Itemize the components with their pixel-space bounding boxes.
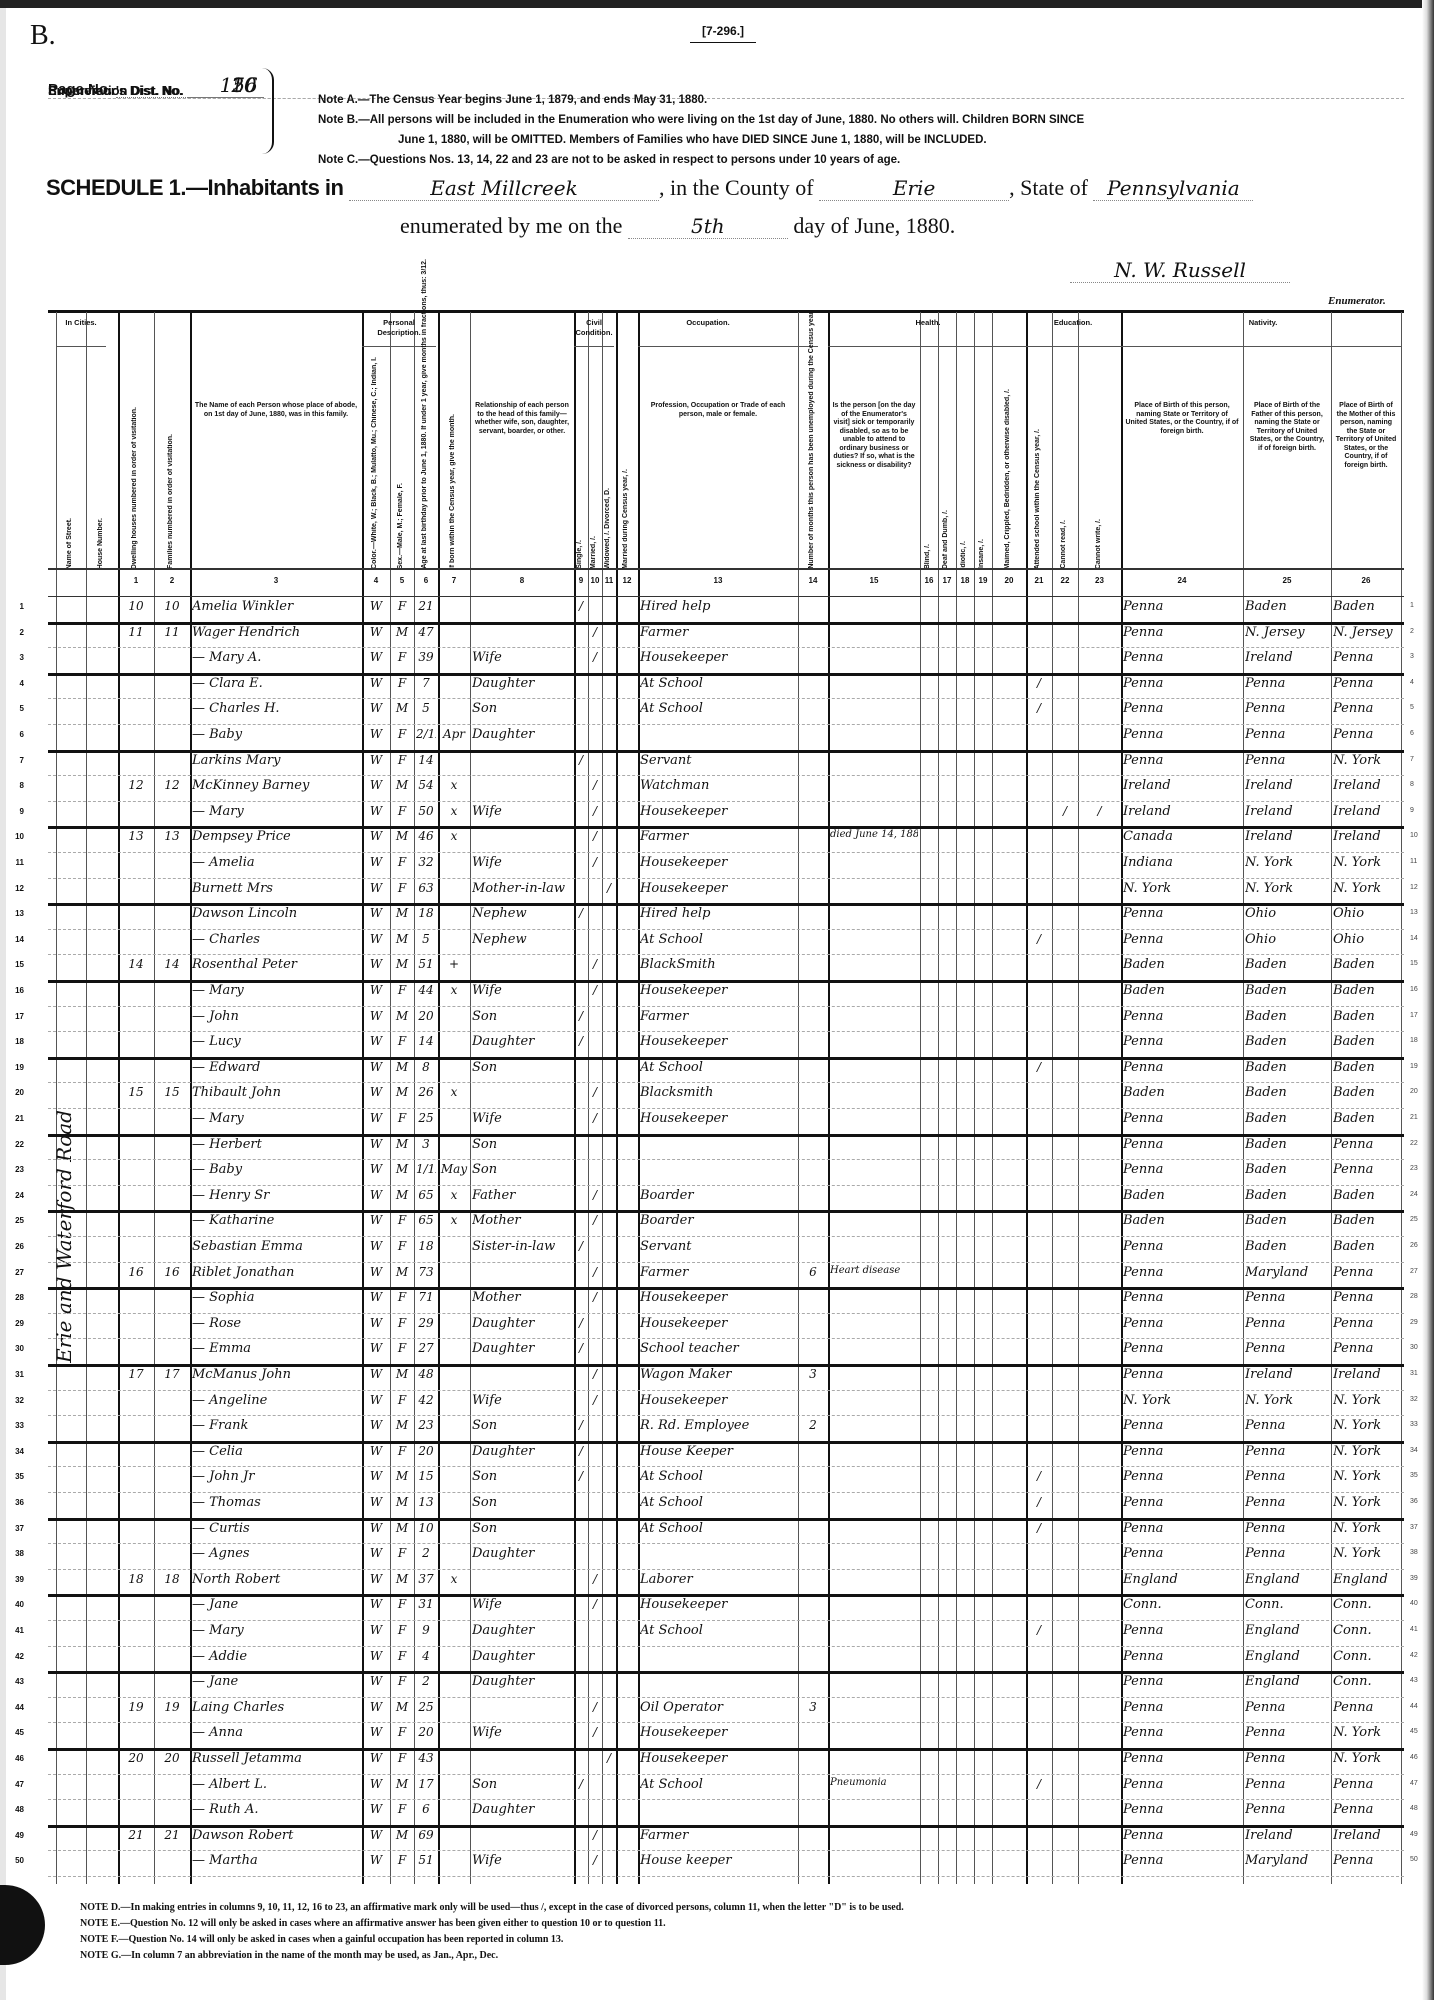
cell-fam: 14 [156, 957, 188, 971]
state-value: Pennsylvania [1093, 176, 1253, 201]
row-number: 39 [4, 1575, 24, 1584]
cell-bp: Penna [1123, 1137, 1241, 1152]
cell-bp: Penna [1123, 1239, 1241, 1254]
cell-occ: Housekeeper [640, 1597, 796, 1612]
cell-sex: F [392, 1751, 412, 1765]
cell-name: North Robert [192, 1572, 360, 1587]
cell-rel: Daughter [472, 1341, 572, 1356]
row-number-right: 2 [1410, 628, 1414, 635]
column-number: 5 [390, 576, 414, 585]
cell-sex: F [392, 983, 412, 997]
cell-sex: M [392, 1828, 412, 1842]
cell-mbp: Ireland [1333, 1367, 1399, 1382]
cell-fbp: Penna [1245, 1418, 1329, 1433]
cell-occ: Housekeeper [640, 881, 796, 896]
row-number-right: 13 [1410, 909, 1418, 916]
cell-name: Amelia Winkler [192, 599, 360, 614]
row-number: 31 [4, 1370, 24, 1379]
cell-fam: 20 [156, 1751, 188, 1765]
cell-mbp: Penna [1333, 676, 1399, 691]
cell-sex: M [392, 1367, 412, 1381]
cell-mbp: Penna [1333, 650, 1399, 665]
cell-month: x [440, 829, 468, 843]
cell-name: — Lucy [192, 1034, 360, 1049]
cell-mbp: Penna [1333, 1137, 1399, 1152]
cell-mbp: Penna [1333, 1853, 1399, 1868]
column-number: 19 [974, 576, 992, 585]
cell-age: 63 [416, 881, 436, 895]
cell-sex: M [392, 1085, 412, 1099]
cell-occ: Farmer [640, 829, 796, 844]
cell-color: W [364, 778, 388, 792]
cell-name: McManus John [192, 1367, 360, 1382]
row-number: 36 [4, 1498, 24, 1507]
cell-ill: died June 14, 1880 [830, 829, 918, 840]
cell-bp: Penna [1123, 1367, 1241, 1382]
cell-married: / [590, 804, 600, 818]
cell-sex: M [392, 829, 412, 843]
group-rule [574, 346, 614, 347]
cell-name: — Curtis [192, 1521, 360, 1536]
cell-fbp: Baden [1245, 983, 1329, 998]
cell-color: W [364, 1495, 388, 1509]
column-header-15: Is the person [on the day of the Enumera… [832, 402, 916, 470]
cell-color: W [364, 727, 388, 741]
table-row: 2323— BabyWM1/12MaySonPennaBadenPenna [48, 1159, 1404, 1186]
cell-dw: 12 [120, 778, 152, 792]
cell-bp: Baden [1123, 1213, 1241, 1228]
cell-age: 18 [416, 1239, 436, 1253]
cell-color: W [364, 1060, 388, 1074]
row-number-right: 28 [1410, 1293, 1418, 1300]
cell-bp: Penna [1123, 1802, 1241, 1817]
cell-age: 26 [416, 1085, 436, 1099]
cell-color: W [364, 1700, 388, 1714]
cell-mbp: Penna [1333, 727, 1399, 742]
table-row: 20201515Thibault JohnWM26x/BlacksmithBad… [48, 1082, 1404, 1109]
row-number-right: 47 [1410, 1780, 1418, 1787]
column-header-11: Widowed, /. Divorced, D. [604, 488, 612, 569]
cell-occ: At School [640, 1623, 796, 1638]
cell-sex: F [392, 1597, 412, 1611]
cell-age: 46 [416, 829, 436, 843]
cell-occ: Housekeeper [640, 650, 796, 665]
cell-sex: M [392, 1572, 412, 1586]
cell-color: W [364, 1009, 388, 1023]
cell-fbp: Ireland [1245, 804, 1329, 819]
cell-mbp: N. York [1333, 1751, 1399, 1766]
cell-age: 9 [416, 1623, 436, 1637]
cell-mbp: Ohio [1333, 932, 1399, 947]
cell-school: / [1028, 1495, 1050, 1509]
cell-age: 51 [416, 957, 436, 971]
cell-school: / [1028, 701, 1050, 715]
cell-mbp: N. York [1333, 1469, 1399, 1484]
table-row: 46462020Russell JetammaWF43/HousekeeperP… [48, 1748, 1404, 1775]
cell-fam: 12 [156, 778, 188, 792]
table-row: 1313Dawson LincolnWM18Nephew/Hired helpP… [48, 903, 1404, 930]
cell-rel: Mother [472, 1213, 572, 1228]
table-row: 1212Burnett MrsWF63Mother-in-law/Houseke… [48, 878, 1404, 907]
cell-married: / [590, 650, 600, 664]
row-number-right: 3 [1410, 653, 1414, 660]
cell-color: W [364, 1341, 388, 1355]
table-row: 33— Mary A.WF39Wife/HousekeeperPennaIrel… [48, 647, 1404, 676]
cell-bp: Baden [1123, 1085, 1241, 1100]
column-header-16: Blind, /. [924, 544, 932, 569]
column-number: 11 [602, 576, 616, 585]
cell-fbp: Penna [1245, 1725, 1329, 1740]
group-rule [828, 346, 1026, 347]
row-number: 38 [4, 1549, 24, 1558]
cell-fbp: Penna [1245, 727, 1329, 742]
cell-bp: Baden [1123, 983, 1241, 998]
row-number-right: 38 [1410, 1549, 1418, 1556]
column-number: 8 [470, 576, 574, 585]
column-number: 24 [1121, 576, 1243, 585]
cell-mbp: N. York [1333, 1418, 1399, 1433]
cell-mbp: Conn. [1333, 1623, 1399, 1638]
group-nativity: Nativity. [1128, 318, 1398, 328]
cell-age: 5 [416, 932, 436, 946]
cell-fam: 16 [156, 1265, 188, 1279]
cell-fbp: Penna [1245, 1777, 1329, 1792]
row-number-right: 15 [1410, 960, 1418, 967]
cell-name: — Sophia [192, 1290, 360, 1305]
row-number: 14 [4, 935, 24, 944]
cell-fbp: Baden [1245, 1162, 1329, 1177]
cell-color: W [364, 855, 388, 869]
cell-fbp: Ireland [1245, 829, 1329, 844]
cell-fbp: N. Jersey [1245, 625, 1329, 640]
row-number: 11 [4, 858, 24, 867]
table-row: 3636— ThomasWM13SonAt School/PennaPennaN… [48, 1492, 1404, 1521]
cell-mbp: Baden [1333, 1009, 1399, 1024]
cell-mbp: Penna [1333, 1700, 1399, 1715]
row-number-right: 19 [1410, 1063, 1418, 1070]
row-number-right: 14 [1410, 935, 1418, 942]
cell-rel: Nephew [472, 906, 572, 921]
row-number: 44 [4, 1703, 24, 1712]
cell-rel: Son [472, 1137, 572, 1152]
cell-occ: R. Rd. Employee [640, 1418, 796, 1433]
cell-sex: F [392, 1290, 412, 1304]
column-header-25: Place of Birth of the Father of this per… [1247, 402, 1327, 453]
cell-fbp: England [1245, 1674, 1329, 1689]
column-header-26: Place of Birth of the Mother of this per… [1335, 402, 1397, 470]
cell-age: 25 [416, 1111, 436, 1125]
cell-occ: Wagon Maker [640, 1367, 796, 1382]
cell-color: W [364, 1188, 388, 1202]
cell-mbp: N. York [1333, 1393, 1399, 1408]
cell-bp: N. York [1123, 881, 1241, 896]
cell-single: / [576, 1777, 586, 1791]
state-label: , State of [1009, 175, 1088, 200]
cell-color: W [364, 1367, 388, 1381]
row-number: 46 [4, 1754, 24, 1763]
note-b-cont: June 1, 1880, will be OMITTED. Members o… [318, 130, 1084, 150]
row-number-right: 26 [1410, 1242, 1418, 1249]
cell-bp: Ireland [1123, 778, 1241, 793]
row-number-right: 37 [1410, 1524, 1418, 1531]
row-number: 16 [4, 986, 24, 995]
cell-mbp: Penna [1333, 1341, 1399, 1356]
cell-name: Dawson Robert [192, 1828, 360, 1843]
row-number: 10 [4, 832, 24, 841]
column-number: 6 [414, 576, 438, 585]
cell-sex: M [392, 1469, 412, 1483]
cell-mbp: Penna [1333, 1316, 1399, 1331]
cell-mbp: Baden [1333, 1188, 1399, 1203]
cell-married: / [590, 1213, 600, 1227]
cell-color: W [364, 599, 388, 613]
cell-married: / [590, 1853, 600, 1867]
cell-sex: F [392, 1239, 412, 1253]
row-number-right: 46 [1410, 1754, 1418, 1761]
cell-rel: Son [472, 1418, 572, 1433]
cell-occ: Housekeeper [640, 1751, 796, 1766]
cell-occ: Boarder [640, 1213, 796, 1228]
cell-name: Dempsey Price [192, 829, 360, 844]
table-row: 881212McKinney BarneyWM54x/WatchmanIrela… [48, 775, 1404, 802]
cell-fbp: Penna [1245, 1290, 1329, 1305]
column-header-9: Single, /. [576, 540, 584, 569]
cell-color: W [364, 1111, 388, 1125]
cell-rel: Nephew [472, 932, 572, 947]
cell-rel: Wife [472, 650, 572, 665]
cell-mbp: Baden [1333, 1213, 1399, 1228]
row-number: 42 [4, 1652, 24, 1661]
cell-fbp: Ohio [1245, 906, 1329, 921]
cell-occ: At School [640, 1777, 796, 1792]
cell-age: 14 [416, 753, 436, 767]
cell-occ: Blacksmith [640, 1085, 796, 1100]
cell-age: 15 [416, 1469, 436, 1483]
cell-color: W [364, 676, 388, 690]
cell-unemp: 6 [800, 1265, 826, 1279]
cell-age: 3 [416, 1137, 436, 1151]
cell-fbp: Baden [1245, 957, 1329, 972]
cell-rel: Sister-in-law [472, 1239, 572, 1254]
cell-color: W [364, 957, 388, 971]
cell-rel: Daughter [472, 727, 572, 742]
cell-sex: F [392, 727, 412, 741]
cell-age: 73 [416, 1265, 436, 1279]
cell-mbp: Baden [1333, 1111, 1399, 1126]
note-a: Note A.—The Census Year begins June 1, 1… [318, 90, 1084, 110]
row-number: 29 [4, 1319, 24, 1328]
table-row: 3535— John JrWM15Son/At School/PennaPenn… [48, 1466, 1404, 1493]
cell-age: 71 [416, 1290, 436, 1304]
cell-name: — Angeline [192, 1393, 360, 1408]
row-number: 40 [4, 1600, 24, 1609]
cell-name: — Baby [192, 727, 360, 742]
cell-bp: Penna [1123, 1853, 1241, 1868]
cell-color: W [364, 1853, 388, 1867]
column-number: 12 [616, 576, 638, 585]
cell-rel: Daughter [472, 1316, 572, 1331]
cell-single: / [576, 599, 586, 613]
column-header-24: Place of Birth of this person, naming St… [1125, 402, 1239, 436]
cell-sex: F [392, 804, 412, 818]
table-row: 1717— JohnWM20Son/FarmerPennaBadenBaden [48, 1006, 1404, 1033]
column-header-18: Idiotic, /. [960, 541, 968, 569]
column-number: 17 [938, 576, 956, 585]
cell-fbp: Penna [1245, 753, 1329, 768]
table-row: 66— BabyWF2/12AprDaughterPennaPennaPenna [48, 724, 1404, 753]
cell-age: 43 [416, 1751, 436, 1765]
cell-dw: 14 [120, 957, 152, 971]
table-row: 3333— FrankWM23Son/R. Rd. Employee2Penna… [48, 1415, 1404, 1444]
cell-mbp: N. York [1333, 1521, 1399, 1536]
cell-fbp: Baden [1245, 1085, 1329, 1100]
table-row: 4848— Ruth A.WF6DaughterPennaPennaPenna [48, 1799, 1404, 1828]
cell-age: 65 [416, 1188, 436, 1202]
group-occupation: Occupation. [638, 318, 778, 328]
cell-name: — Thomas [192, 1495, 360, 1510]
cell-single: / [576, 1239, 586, 1253]
row-number-right: 21 [1410, 1114, 1418, 1121]
cell-school: / [1028, 932, 1050, 946]
cell-bp: Penna [1123, 1060, 1241, 1075]
row-number-right: 5 [1410, 704, 1414, 711]
row-number-right: 35 [1410, 1472, 1418, 1479]
cell-bp: England [1123, 1572, 1241, 1587]
footnotes: NOTE D.—In making entries in columns 9, … [80, 1900, 904, 1964]
cell-bp: Penna [1123, 1623, 1241, 1638]
row-number: 6 [4, 730, 24, 739]
cell-married: / [590, 1367, 600, 1381]
table-row: 4040— JaneWF31Wife/HousekeeperConn.Conn.… [48, 1594, 1404, 1621]
column-number: 16 [920, 576, 938, 585]
cell-fbp: Maryland [1245, 1265, 1329, 1280]
cell-name: — Mary [192, 1111, 360, 1126]
cell-mbp: N. York [1333, 1444, 1399, 1459]
cell-single: / [576, 1444, 586, 1458]
cell-rel: Daughter [472, 1802, 572, 1817]
cell-rel: Wife [472, 855, 572, 870]
cell-age: 17 [416, 1777, 436, 1791]
cell-ill: Pneumonia [830, 1777, 918, 1788]
group-rule [56, 346, 106, 347]
note-c: Note C.—Questions Nos. 13, 14, 22 and 23… [318, 150, 1084, 170]
cell-unemp: 2 [800, 1418, 826, 1432]
cell-age: 2 [416, 1546, 436, 1560]
cell-rel: Wife [472, 1597, 572, 1612]
column-number: 4 [362, 576, 390, 585]
cell-occ: At School [640, 676, 796, 691]
cell-bp: Penna [1123, 932, 1241, 947]
cell-sex: M [392, 778, 412, 792]
cell-mbp: Penna [1333, 701, 1399, 716]
cell-fbp: N. York [1245, 855, 1329, 870]
cell-age: 21 [416, 599, 436, 613]
row-number: 9 [4, 807, 24, 816]
row-number-right: 10 [1410, 832, 1418, 839]
cell-mbp: Ireland [1333, 804, 1399, 819]
cell-color: W [364, 1418, 388, 1432]
cell-married: / [590, 1597, 600, 1611]
cell-fam: 11 [156, 625, 188, 639]
row-number-right: 32 [1410, 1396, 1418, 1403]
cell-sex: F [392, 1444, 412, 1458]
row-number-right: 49 [1410, 1831, 1418, 1838]
cell-fam: 18 [156, 1572, 188, 1586]
cell-age: 39 [416, 650, 436, 664]
table-row: 4545— AnnaWF20Wife/HousekeeperPennaPenna… [48, 1722, 1404, 1751]
cell-rel: Son [472, 701, 572, 716]
row-number: 34 [4, 1447, 24, 1456]
cell-sex: M [392, 625, 412, 639]
cell-color: W [364, 1265, 388, 1279]
row-number-right: 18 [1410, 1037, 1418, 1044]
cell-name: — Jane [192, 1597, 360, 1612]
enumeration-date: enumerated by me on the 5th day of June,… [400, 213, 955, 239]
column-number: 21 [1026, 576, 1052, 585]
row-number-right: 27 [1410, 1268, 1418, 1275]
table-row: 2626Sebastian EmmaWF18Sister-in-law/Serv… [48, 1236, 1404, 1263]
cell-fbp: Penna [1245, 1546, 1329, 1561]
column-header-2: Families numbered in order of visitation… [167, 434, 175, 569]
cell-fbp: England [1245, 1649, 1329, 1664]
cell-age: 20 [416, 1725, 436, 1739]
schedule-label: SCHEDULE 1.—Inhabitants in [46, 175, 343, 200]
cell-name: Riblet Jonathan [192, 1265, 360, 1280]
cell-bp: Penna [1123, 1751, 1241, 1766]
cell-occ: Housekeeper [640, 1725, 796, 1740]
row-number-right: 16 [1410, 986, 1418, 993]
cell-married: / [590, 1572, 600, 1586]
row-number-right: 30 [1410, 1344, 1418, 1351]
cell-sex: M [392, 906, 412, 920]
cell-fbp: Maryland [1245, 1853, 1329, 1868]
cell-age: 10 [416, 1521, 436, 1535]
table-row: 39391818North RobertWM37x/LaborerEngland… [48, 1569, 1404, 1598]
cell-bp: Penna [1123, 1009, 1241, 1024]
column-numbers: 1234567891011121314151617181920212223242… [48, 568, 1404, 597]
cell-rel: Son [472, 1060, 572, 1075]
enumerated-suffix: day of June, 1880. [793, 213, 955, 238]
cell-rel: Son [472, 1777, 572, 1792]
cell-color: W [364, 1034, 388, 1048]
cell-month: x [440, 983, 468, 997]
cell-married: / [590, 625, 600, 639]
cell-month: May [440, 1162, 468, 1176]
table-row: 2525— KatharineWF65xMother/BoarderBadenB… [48, 1210, 1404, 1237]
cell-bp: Penna [1123, 1341, 1241, 1356]
cell-name: — Baby [192, 1162, 360, 1177]
cell-occ: Hired help [640, 599, 796, 614]
cell-occ: Oil Operator [640, 1700, 796, 1715]
column-number: 3 [190, 576, 362, 585]
cell-color: W [364, 650, 388, 664]
cell-name: — Martha [192, 1853, 360, 1868]
cell-age: 6 [416, 1802, 436, 1816]
column-number: 22 [1052, 576, 1078, 585]
cell-sex: F [392, 1316, 412, 1330]
column-header-5: Sex.—Male, M.; Female, F. [397, 483, 405, 569]
cell-age: 4 [416, 1649, 436, 1663]
row-number: 7 [4, 756, 24, 765]
cell-occ: Housekeeper [640, 1393, 796, 1408]
brace-divider [262, 68, 274, 154]
cell-name: — Edward [192, 1060, 360, 1075]
sheet-letter: B. [30, 20, 56, 52]
cell-rel: Son [472, 1009, 572, 1024]
header-notes: Note A.—The Census Year begins June 1, 1… [318, 90, 1084, 170]
cell-rel: Son [472, 1162, 572, 1177]
enumeration-dist-value: 156 [188, 73, 264, 98]
